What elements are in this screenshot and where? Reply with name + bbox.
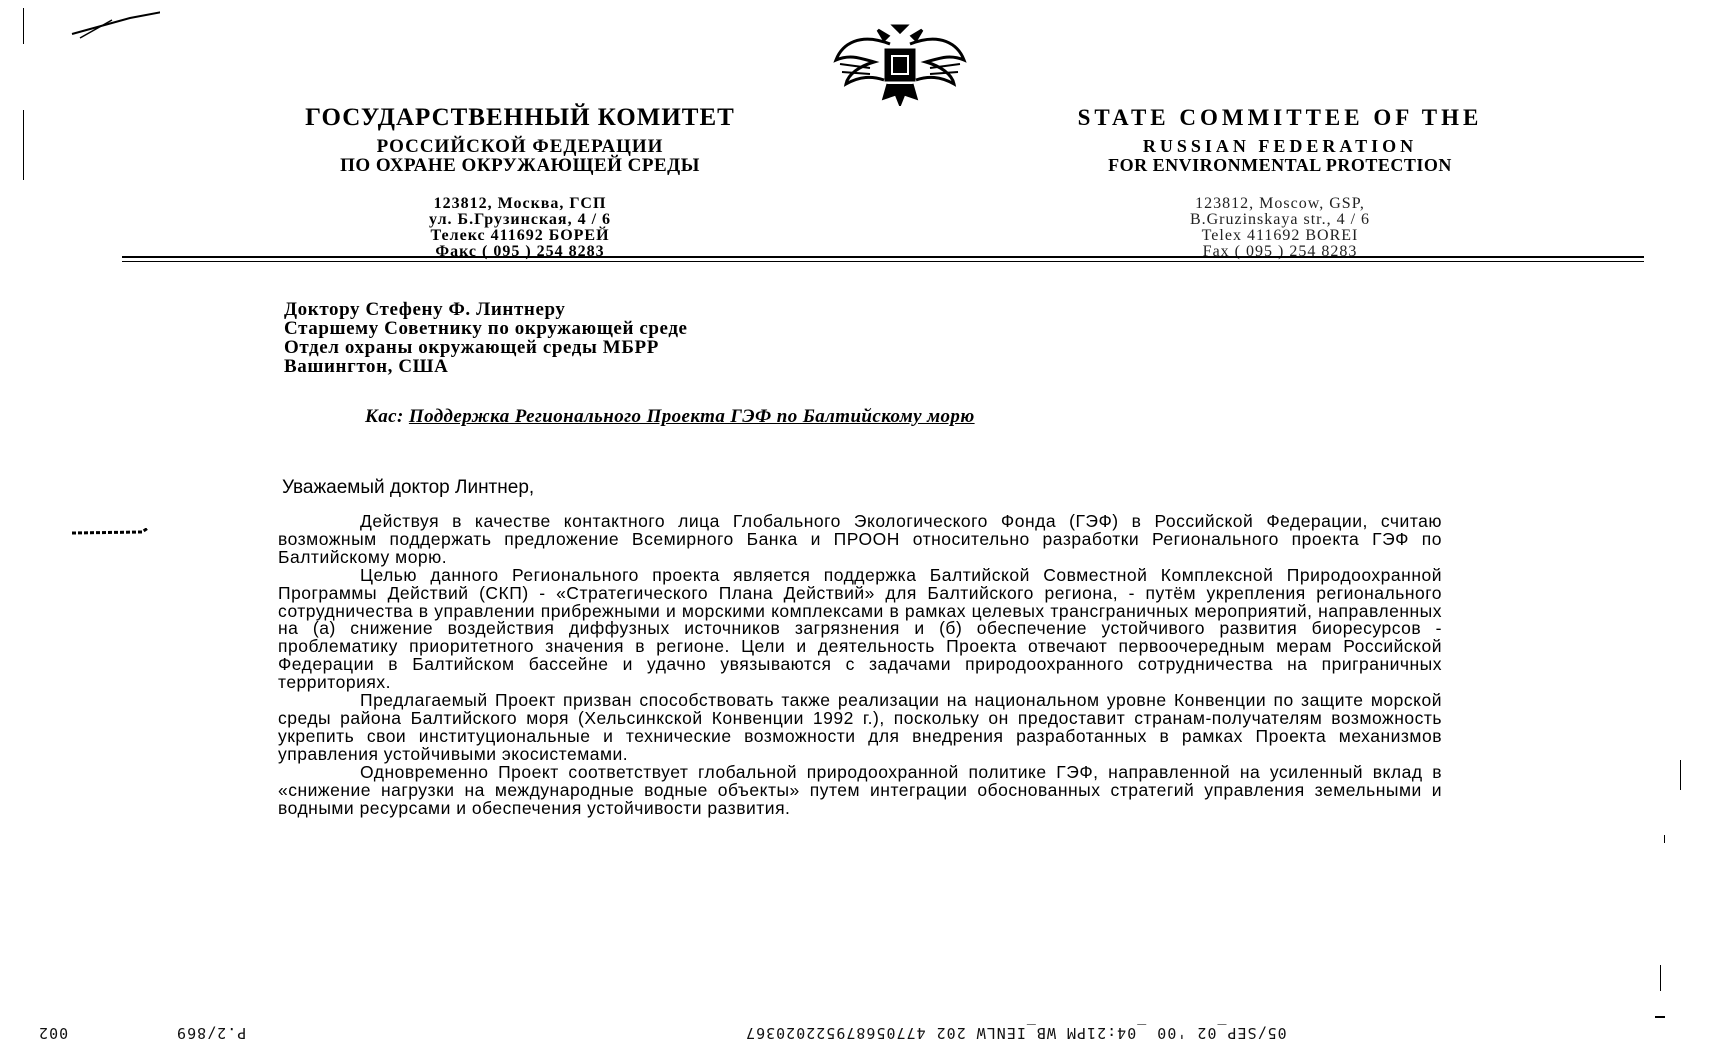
recipient-department: Отдел охраны окружающей среды МБРР <box>284 338 688 357</box>
body-paragraph: Действуя в качестве контактного лица Гло… <box>278 513 1442 567</box>
address-line: 123812, Moscow, GSP, <box>960 196 1600 212</box>
org-name-ru: ГОСУДАРСТВЕННЫЙ КОМИТЕТ <box>180 103 860 133</box>
fax-page-indicator: P.2/869 <box>176 1024 246 1041</box>
org-name-en: STATE COMMITTEE OF THE <box>960 103 1600 133</box>
fax-page-number: 002 <box>38 1024 68 1041</box>
subject-line: Кас: Поддержка Регионального Проекта ГЭФ… <box>365 406 975 428</box>
scan-edge-mark <box>23 110 24 180</box>
body-paragraph: Одновременно Проект соответствует глобал… <box>278 764 1442 818</box>
recipient-name: Доктору Стефену Ф. Линтнеру <box>284 300 688 319</box>
scan-edge-mark <box>1660 965 1661 991</box>
salutation: Уважаемый доктор Линтнер, <box>282 477 534 499</box>
letterhead-russian: ГОСУДАРСТВЕННЫЙ КОМИТЕТ РОССИЙСКОЙ ФЕДЕР… <box>180 103 860 260</box>
recipient-block: Доктору Стефену Ф. Линтнеру Старшему Сов… <box>284 300 688 376</box>
scan-edge-mark <box>1680 760 1681 790</box>
org-country-en: RUSSIAN FEDERATION <box>960 137 1600 156</box>
body-paragraph: Целью данного Регионального проекта явля… <box>278 567 1442 692</box>
pen-stroke-mark <box>70 10 160 40</box>
letter-body: Действуя в качестве контактного лица Гло… <box>278 513 1442 817</box>
subject-prefix: Кас: <box>365 406 404 427</box>
subject-text: Поддержка Регионального Проекта ГЭФ по Б… <box>409 406 975 427</box>
fax-transmission-header: 05/SEP_02 '00 _04:21PM WB_IENLW 202 4770… <box>745 1024 1287 1041</box>
address-line: 123812, Москва, ГСП <box>180 196 860 212</box>
scan-edge-mark <box>23 8 24 44</box>
telex-line: Telex 411692 BOREI <box>960 228 1600 244</box>
recipient-location: Вашингтон, США <box>284 357 688 376</box>
scan-edge-mark <box>1655 1016 1665 1018</box>
address-ru: 123812, Москва, ГСП ул. Б.Грузинская, 4 … <box>180 196 860 260</box>
telex-line: Телекс 411692 БОРЕЙ <box>180 228 860 244</box>
org-purpose-en: FOR ENVIRONMENTAL PROTECTION <box>960 156 1600 175</box>
address-line: B.Gruzinskaya str., 4 / 6 <box>960 212 1600 228</box>
recipient-title: Старшему Советнику по окружающей среде <box>284 319 688 338</box>
address-line: ул. Б.Грузинская, 4 / 6 <box>180 212 860 228</box>
scan-edge-mark <box>1664 835 1665 843</box>
scribble-mark <box>72 528 148 538</box>
body-paragraph: Предлагаемый Проект призван способствова… <box>278 692 1442 764</box>
coat-of-arms-icon <box>830 24 970 106</box>
address-en: 123812, Moscow, GSP, B.Gruzinskaya str.,… <box>960 196 1600 260</box>
org-purpose-ru: ПО ОХРАНЕ ОКРУЖАЮЩЕЙ СРЕДЫ <box>180 156 860 175</box>
org-country-ru: РОССИЙСКОЙ ФЕДЕРАЦИИ <box>180 137 860 156</box>
letterhead-divider <box>122 256 1644 262</box>
letterhead-english: STATE COMMITTEE OF THE RUSSIAN FEDERATIO… <box>960 103 1600 260</box>
